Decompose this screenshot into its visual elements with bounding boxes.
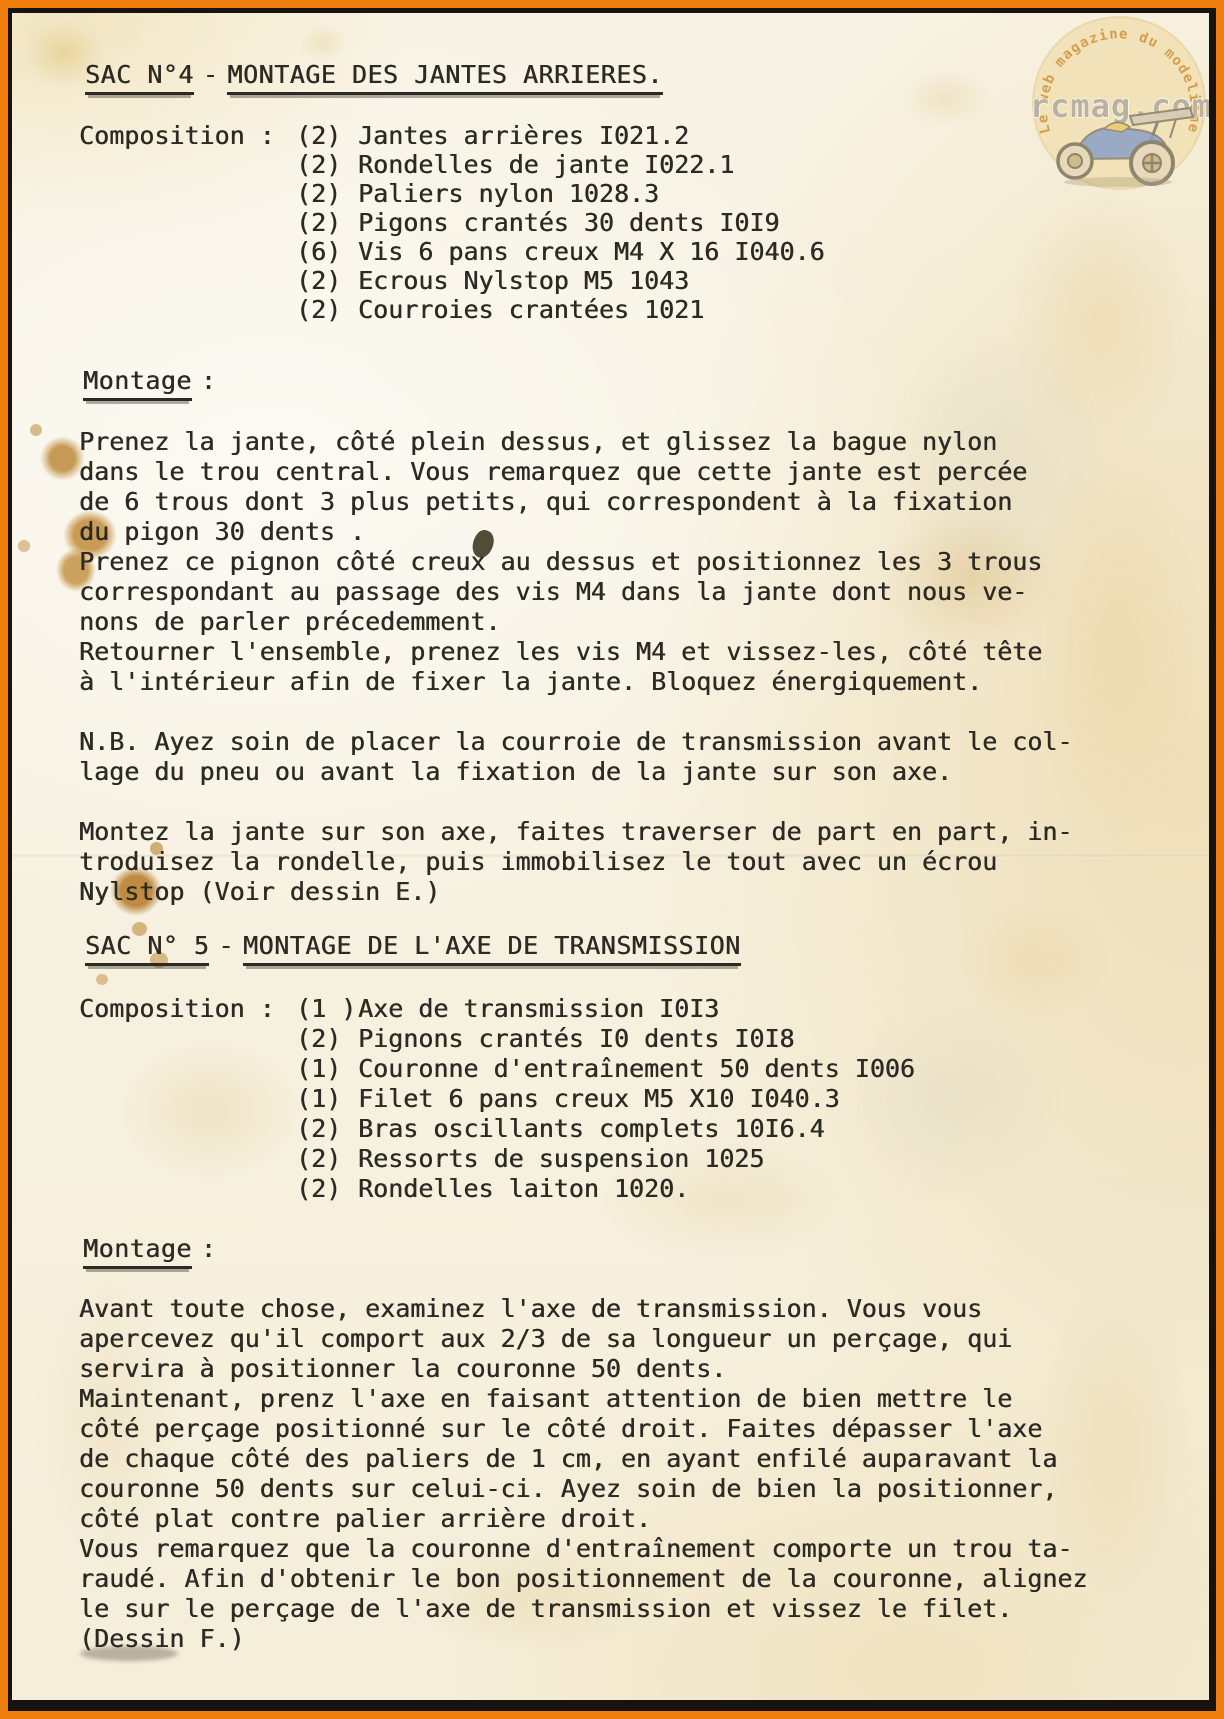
- composition-item: (1)Couronne d'entraînement 50 dents I006: [296, 1054, 915, 1084]
- body-line: Avant toute chose, examinez l'axe de tra…: [79, 1294, 1189, 1324]
- body-line: nons de parler précedemment.: [79, 607, 1189, 637]
- item-qty: (2): [296, 121, 358, 150]
- body-line: troduisez la rondelle, puis immobilisez …: [79, 847, 1189, 877]
- heading-dash: -: [203, 60, 219, 89]
- item-qty: (2): [296, 1114, 358, 1144]
- item-qty: (2): [296, 1174, 358, 1204]
- item-qty: (2): [296, 150, 358, 179]
- item-qty: (6): [296, 237, 358, 266]
- item-text: Ressorts de suspension 1025: [358, 1144, 764, 1174]
- composition-item: (2)Pignons crantés I0 dents I0I8: [296, 1024, 795, 1054]
- body-line: raudé. Afin d'obtenir le bon positionnem…: [79, 1564, 1189, 1594]
- section4-composition-label: Composition :: [79, 121, 275, 150]
- body-line: du pigon 30 dents .: [79, 517, 1189, 547]
- item-text: Jantes arrières I021.2: [358, 121, 689, 150]
- scanned-instruction-page: { "page": { "border_outer_color": "#ee7d…: [0, 0, 1224, 1719]
- item-qty: (2): [296, 266, 358, 295]
- body-line: à l'intérieur afin de fixer la jante. Bl…: [79, 667, 1189, 697]
- body-line: dans le trou central. Vous remarquez que…: [79, 457, 1189, 487]
- body-line: Prenez ce pignon côté creux au dessus et…: [79, 547, 1189, 577]
- composition-item: (2)Ressorts de suspension 1025: [296, 1144, 764, 1174]
- body-line: de 6 trous dont 3 plus petits, qui corre…: [79, 487, 1189, 517]
- body-line: N.B. Ayez soin de placer la courroie de …: [79, 727, 1189, 757]
- item-qty: (2): [296, 179, 358, 208]
- section4-nb-paragraph: N.B. Ayez soin de placer la courroie de …: [79, 727, 1189, 787]
- section4-paragraph-1: Prenez la jante, côté plein dessus, et g…: [79, 427, 1189, 697]
- montage-colon: :: [201, 366, 217, 395]
- body-line: Maintenant, prenz l'axe en faisant atten…: [79, 1384, 1189, 1414]
- item-text: Ecrous Nylstop M5 1043: [358, 266, 689, 295]
- item-qty: (2): [296, 1024, 358, 1054]
- body-line: de chaque côté des paliers de 1 cm, en a…: [79, 1444, 1189, 1474]
- composition-item: (2)Pigons crantés 30 dents I0I9: [296, 208, 779, 237]
- body-line: côté plat contre palier arrière droit.: [79, 1504, 1189, 1534]
- body-line: Montez la jante sur son axe, faites trav…: [79, 817, 1189, 847]
- body-line: Vous remarquez que la couronne d'entraîn…: [79, 1534, 1189, 1564]
- section4-heading: SAC N°4-MONTAGE DES JANTES ARRIERES.: [85, 60, 663, 90]
- section4-heading-number: SAC N°4: [85, 60, 194, 95]
- montage-colon: :: [201, 1234, 217, 1263]
- body-line: Prenez la jante, côté plein dessus, et g…: [79, 427, 1189, 457]
- item-text: Rondelles laiton 1020.: [358, 1174, 689, 1204]
- composition-item: (2)Rondelles laiton 1020.: [296, 1174, 689, 1204]
- composition-item: (1)Filet 6 pans creux M5 X10 I040.3: [296, 1084, 840, 1114]
- composition-item: (1 )Axe de transmission I0I3: [296, 994, 719, 1024]
- document-content: SAC N°4-MONTAGE DES JANTES ARRIERES. Com…: [0, 0, 1224, 1719]
- item-qty: (2): [296, 208, 358, 237]
- body-line: servira à positionner la couronne 50 den…: [79, 1354, 1189, 1384]
- montage-word: Montage: [83, 366, 192, 401]
- composition-item: (2)Bras oscillants complets 10I6.4: [296, 1114, 825, 1144]
- section5-heading-title: MONTAGE DE L'AXE DE TRANSMISSION: [243, 931, 741, 966]
- item-qty: (1): [296, 1084, 358, 1114]
- section5-heading-number: SAC N° 5: [85, 931, 209, 966]
- item-text: Pigons crantés 30 dents I0I9: [358, 208, 779, 237]
- item-text: Bras oscillants complets 10I6.4: [358, 1114, 825, 1144]
- item-text: Rondelles de jante I022.1: [358, 150, 734, 179]
- item-qty: (1): [296, 1054, 358, 1084]
- section5-montage-label: Montage:: [83, 1234, 216, 1264]
- body-line: Nylstop (Voir dessin E.): [79, 877, 1189, 907]
- composition-item: (2)Paliers nylon 1028.3: [296, 179, 659, 208]
- body-line: apercevez qu'il comport aux 2/3 de sa lo…: [79, 1324, 1189, 1354]
- section4-paragraph-3: Montez la jante sur son axe, faites trav…: [79, 817, 1189, 907]
- body-line: couronne 50 dents sur celui-ci. Ayez soi…: [79, 1474, 1189, 1504]
- section4-heading-title: MONTAGE DES JANTES ARRIERES.: [227, 60, 662, 95]
- section5-composition-label: Composition :: [79, 994, 275, 1024]
- section5-paragraph: Avant toute chose, examinez l'axe de tra…: [79, 1294, 1189, 1654]
- item-text: Couronne d'entraînement 50 dents I006: [358, 1054, 915, 1084]
- body-line: lage du pneu ou avant la fixation de la …: [79, 757, 1189, 787]
- body-line: Retourner l'ensemble, prenez les vis M4 …: [79, 637, 1189, 667]
- composition-item: (2)Courroies crantées 1021: [296, 295, 704, 324]
- item-text: Filet 6 pans creux M5 X10 I040.3: [358, 1084, 840, 1114]
- item-qty: (1 ): [296, 994, 358, 1024]
- montage-word: Montage: [83, 1234, 192, 1269]
- item-qty: (2): [296, 1144, 358, 1174]
- item-text: Courroies crantées 1021: [358, 295, 704, 324]
- item-text: Axe de transmission I0I3: [358, 994, 719, 1024]
- section5-heading: SAC N° 5-MONTAGE DE L'AXE DE TRANSMISSIO…: [85, 931, 741, 961]
- body-line: côté perçage positionné sur le côté droi…: [79, 1414, 1189, 1444]
- composition-item: (6)Vis 6 pans creux M4 X 16 I040.6: [296, 237, 825, 266]
- item-text: Paliers nylon 1028.3: [358, 179, 659, 208]
- body-line: le sur le perçage de l'axe de transmissi…: [79, 1594, 1189, 1624]
- body-line: (Dessin F.): [79, 1624, 1189, 1654]
- item-text: Pignons crantés I0 dents I0I8: [358, 1024, 795, 1054]
- item-qty: (2): [296, 295, 358, 324]
- composition-item: (2)Jantes arrières I021.2: [296, 121, 689, 150]
- composition-item: (2)Ecrous Nylstop M5 1043: [296, 266, 689, 295]
- section4-montage-label: Montage:: [83, 366, 216, 396]
- body-line: correspondant au passage des vis M4 dans…: [79, 577, 1189, 607]
- heading-dash: -: [218, 931, 234, 960]
- item-text: Vis 6 pans creux M4 X 16 I040.6: [358, 237, 825, 266]
- composition-item: (2)Rondelles de jante I022.1: [296, 150, 734, 179]
